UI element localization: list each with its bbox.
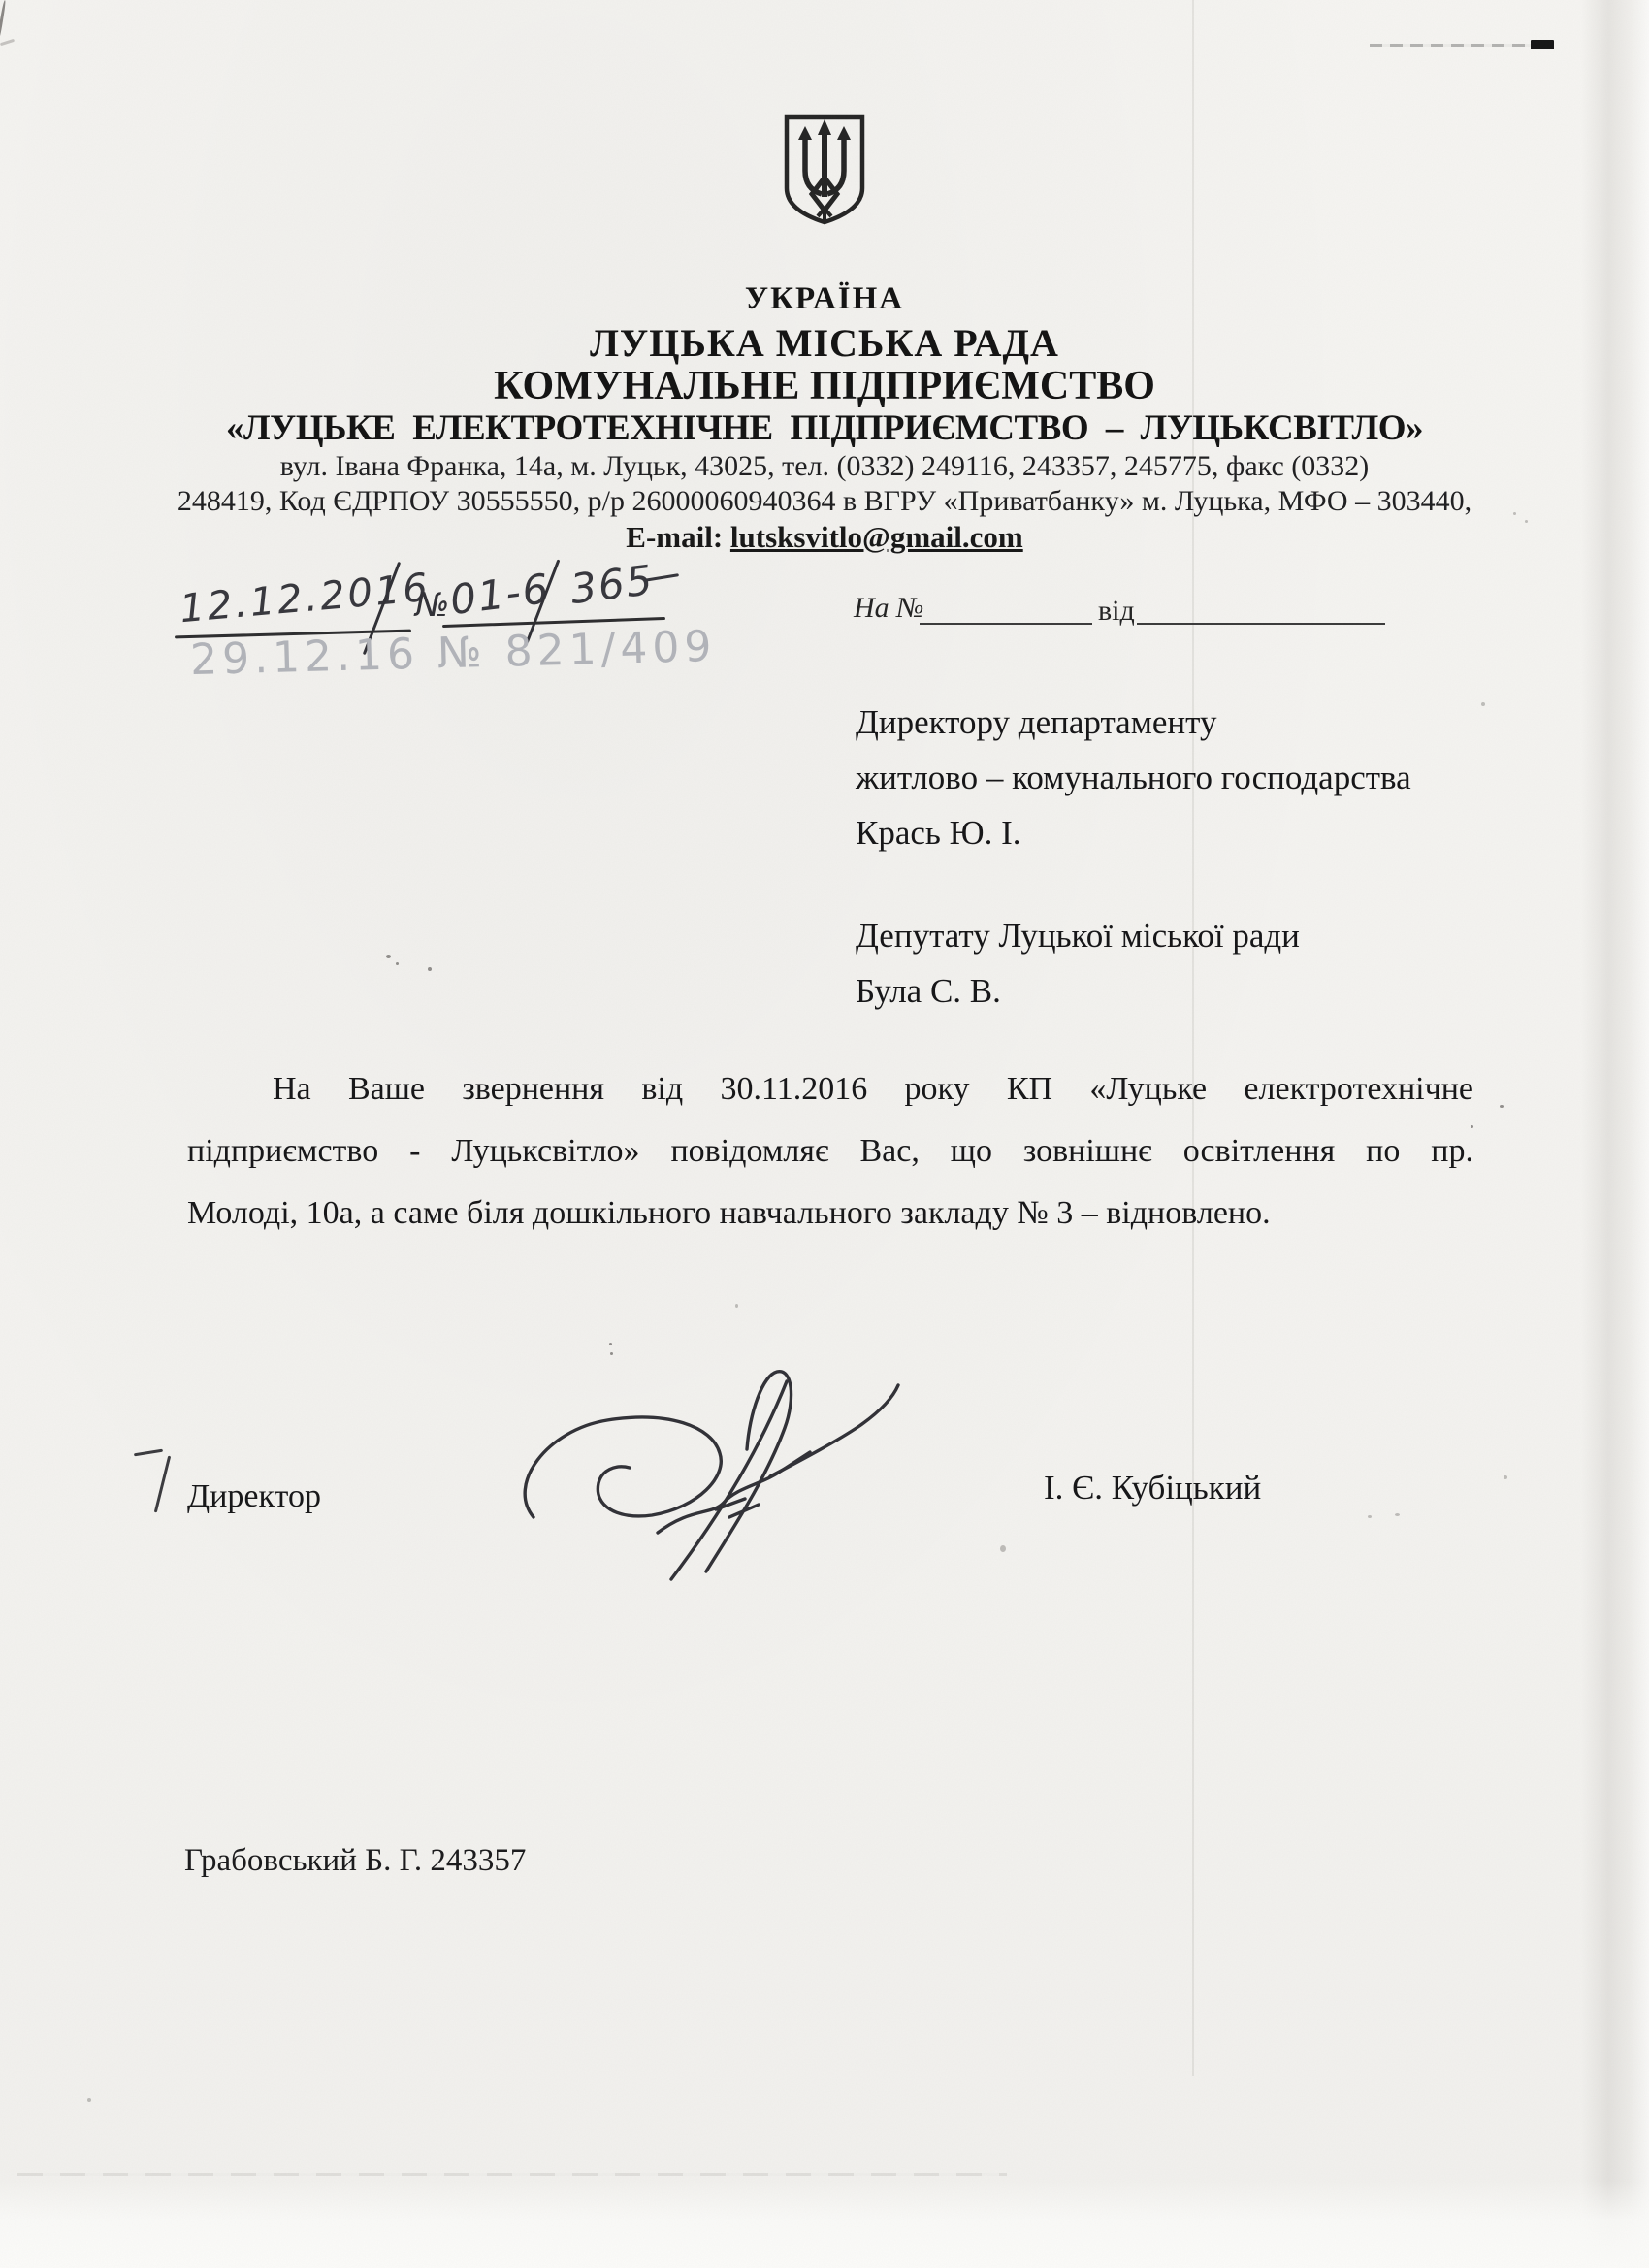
recipient-block-deputy: Депутату Луцької міської ради Була С. В. xyxy=(856,908,1300,1019)
recipient-line: Депутату Луцької міської ради xyxy=(856,908,1300,963)
recipient-block-director: Директору департаменту житлово – комунал… xyxy=(856,695,1411,860)
reply-to-date-label: від xyxy=(1098,595,1135,628)
scan-bottom-edge xyxy=(0,2181,1649,2268)
body-paragraph-line: На Ваше звернення від 30.11.2016 року КП… xyxy=(187,1071,1473,1108)
signer-name: І. Є. Кубіцький xyxy=(1044,1469,1261,1507)
recipient-line: житлово – комунального господарства xyxy=(856,750,1411,805)
recipient-line: Директору департаменту xyxy=(856,695,1411,750)
reply-to-date-blank-line xyxy=(1137,623,1385,625)
reply-to-number-label: На № xyxy=(854,592,923,625)
recipient-line: Була С. В. xyxy=(856,963,1300,1019)
recipient-line: Крась Ю. І. xyxy=(856,805,1411,860)
letterhead-email-line: E-mail: lutsksvitlo@gmail.com xyxy=(0,520,1649,555)
letterhead-enterprise-type: КОМУНАЛЬНЕ ПІДПРИЄМСТВО xyxy=(0,363,1649,409)
scan-bottom-seam xyxy=(17,2173,1007,2176)
letterhead-address-line-1: вул. Івана Франка, 14а, м. Луцьк, 43025,… xyxy=(0,450,1649,483)
letterhead-address-line-2: 248419, Код ЄДРПОУ 30555550, р/р 2600006… xyxy=(0,485,1649,518)
handwritten-outgoing-number-suffix: 365 xyxy=(567,556,657,613)
scan-streak-artifact xyxy=(1370,44,1533,47)
scan-black-mark xyxy=(1531,40,1554,49)
email-address: lutsksvitlo@gmail.com xyxy=(730,520,1023,554)
body-paragraph-line: Молоді, 10а, а саме біля дошкільного нав… xyxy=(187,1195,1473,1232)
letterhead-city-council: ЛУЦЬКА МІСЬКА РАДА xyxy=(0,320,1649,366)
letterhead-enterprise-name: «ЛУЦЬКЕ ЕЛЕКТРОТЕХНІЧНЕ ПІДПРИЄМСТВО – Л… xyxy=(0,407,1649,449)
ukraine-tryzub-shield-icon xyxy=(782,114,867,225)
executor-contact: Грабовський Б. Г. 243357 xyxy=(184,1843,526,1879)
reply-to-number-blank-line xyxy=(920,623,1092,625)
director-signature xyxy=(514,1360,931,1588)
letterhead-country: УКРАЇНА xyxy=(0,281,1649,317)
body-paragraph-line: підприємство - Луцьксвітло» повідомляє В… xyxy=(187,1133,1473,1170)
email-label: E-mail: xyxy=(626,520,730,554)
signer-title: Директор xyxy=(187,1478,321,1515)
handwritten-number-sign: № xyxy=(415,586,449,625)
